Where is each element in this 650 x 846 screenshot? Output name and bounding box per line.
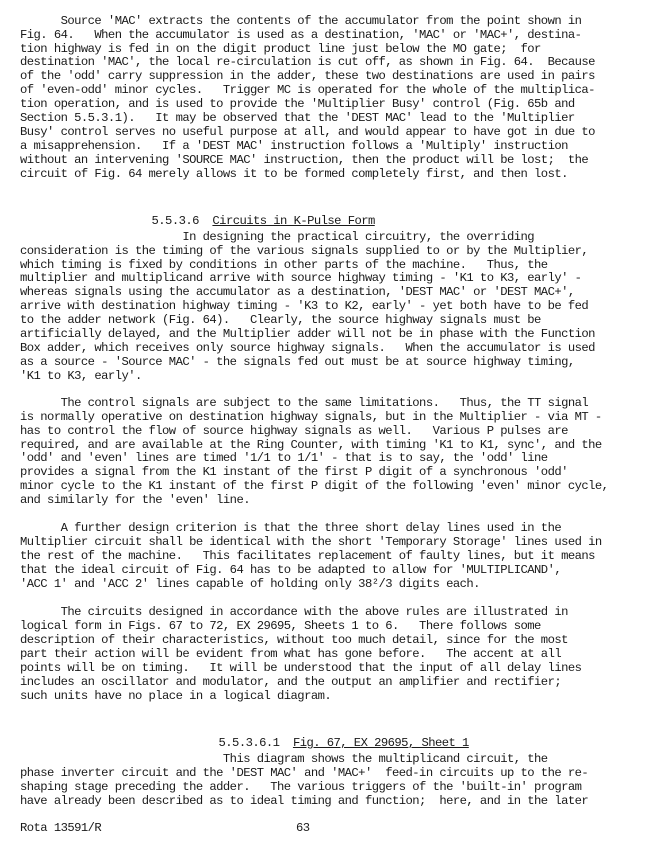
- section-number: 5.5.3.6: [152, 214, 199, 228]
- para5-line: such units have no place in a logical di…: [20, 690, 331, 703]
- para1-line: tion operation, and is used to provide t…: [20, 98, 575, 111]
- para1-line: Busy' control serves no useful purpose a…: [20, 126, 595, 139]
- para1-line: of 'even-odd' minor cycles. Trigger MC i…: [20, 84, 595, 97]
- section-number: 5.5.3.6.1: [219, 736, 280, 750]
- document-reference: Rota 13591/R: [20, 822, 101, 835]
- section-title: Fig. 67, EX 29695, Sheet 1: [293, 736, 469, 750]
- para4-line: Multiplier circuit shall be identical wi…: [20, 536, 602, 549]
- para5-line: The circuits designed in accordance with…: [20, 606, 568, 619]
- para4-line: that the ideal circuit of Fig. 64 has to…: [20, 564, 561, 577]
- para3-line: is normally operative on destination hig…: [20, 411, 602, 424]
- para5-line: points will be on timing. It will be und…: [20, 662, 581, 675]
- para3-line: has to control the flow of source highwa…: [20, 425, 568, 438]
- para3-line: provides a signal from the K1 instant of…: [20, 466, 568, 479]
- para2-line: consideration is the timing of the vario…: [20, 245, 588, 258]
- para6-line: shaping stage preceding the adder. The v…: [20, 781, 581, 794]
- para2-line: as a source - 'Source MAC' - the signals…: [20, 356, 575, 369]
- para1-line: Source 'MAC' extracts the contents of th…: [20, 15, 581, 28]
- para1-line: circuit of Fig. 64 merely allows it to b…: [20, 168, 568, 181]
- section-heading-5-5-3-6: 5.5.3.6 Circuits in K-Pulse Form: [138, 202, 375, 228]
- section-heading-5-5-3-6-1: 5.5.3.6.1 Fig. 67, EX 29695, Sheet 1: [205, 724, 469, 750]
- para6-line: have already been described as to ideal …: [20, 795, 588, 808]
- para6-line: This diagram shows the multiplicand circ…: [20, 753, 548, 766]
- para2-line: 'K1 to K3, early'.: [20, 370, 142, 383]
- para1-line: Fig. 64. When the accumulator is used as…: [20, 29, 581, 42]
- para5-line: part their action will be evident from w…: [20, 648, 561, 661]
- para1-line: without an intervening 'SOURCE MAC' inst…: [20, 154, 588, 167]
- para1-line: a misapprehension. If a 'DEST MAC' instr…: [20, 140, 568, 153]
- para1-line: destination 'MAC', the local re-circulat…: [20, 56, 595, 69]
- para2-line: In designing the practical circuitry, th…: [20, 231, 534, 244]
- para3-line: and similarly for the 'even' line.: [20, 494, 250, 507]
- para2-line: to the adder network (Fig. 64). Clearly,…: [20, 314, 541, 327]
- para4-line: the rest of the machine. This facilitate…: [20, 550, 595, 563]
- para3-line: 'odd' and 'even' lines are timed '1/1 to…: [20, 452, 548, 465]
- para4-line: 'ACC 1' and 'ACC 2' lines capable of hol…: [20, 578, 480, 591]
- para5-line: description of their characteristics, wi…: [20, 634, 568, 647]
- para2-line: artificially delayed, and the Multiplier…: [20, 328, 595, 341]
- para1-line: of the 'odd' carry suppression in the ad…: [20, 70, 595, 83]
- para1-line: Section 5.5.3.1). It may be observed tha…: [20, 112, 575, 125]
- page-number: 63: [296, 822, 310, 835]
- para2-line: arrive with destination highway timing -…: [20, 300, 588, 313]
- para2-line: Box adder, which receives only source hi…: [20, 342, 595, 355]
- para3-line: The control signals are subject to the s…: [20, 397, 588, 410]
- para6-line: phase inverter circuit and the 'DEST MAC…: [20, 767, 588, 780]
- para2-line: multiplier and multiplicand arrive with …: [20, 272, 581, 285]
- para5-line: logical form in Figs. 67 to 72, EX 29695…: [20, 620, 541, 633]
- para3-line: minor cycle to the K1 instant of the fir…: [20, 480, 608, 493]
- para2-line: whereas signals using the accumulator as…: [20, 286, 575, 299]
- section-title: Circuits in K-Pulse Form: [212, 214, 374, 228]
- para4-line: A further design criterion is that the t…: [20, 522, 561, 535]
- para5-line: includes an oscillator and modulator, an…: [20, 676, 561, 689]
